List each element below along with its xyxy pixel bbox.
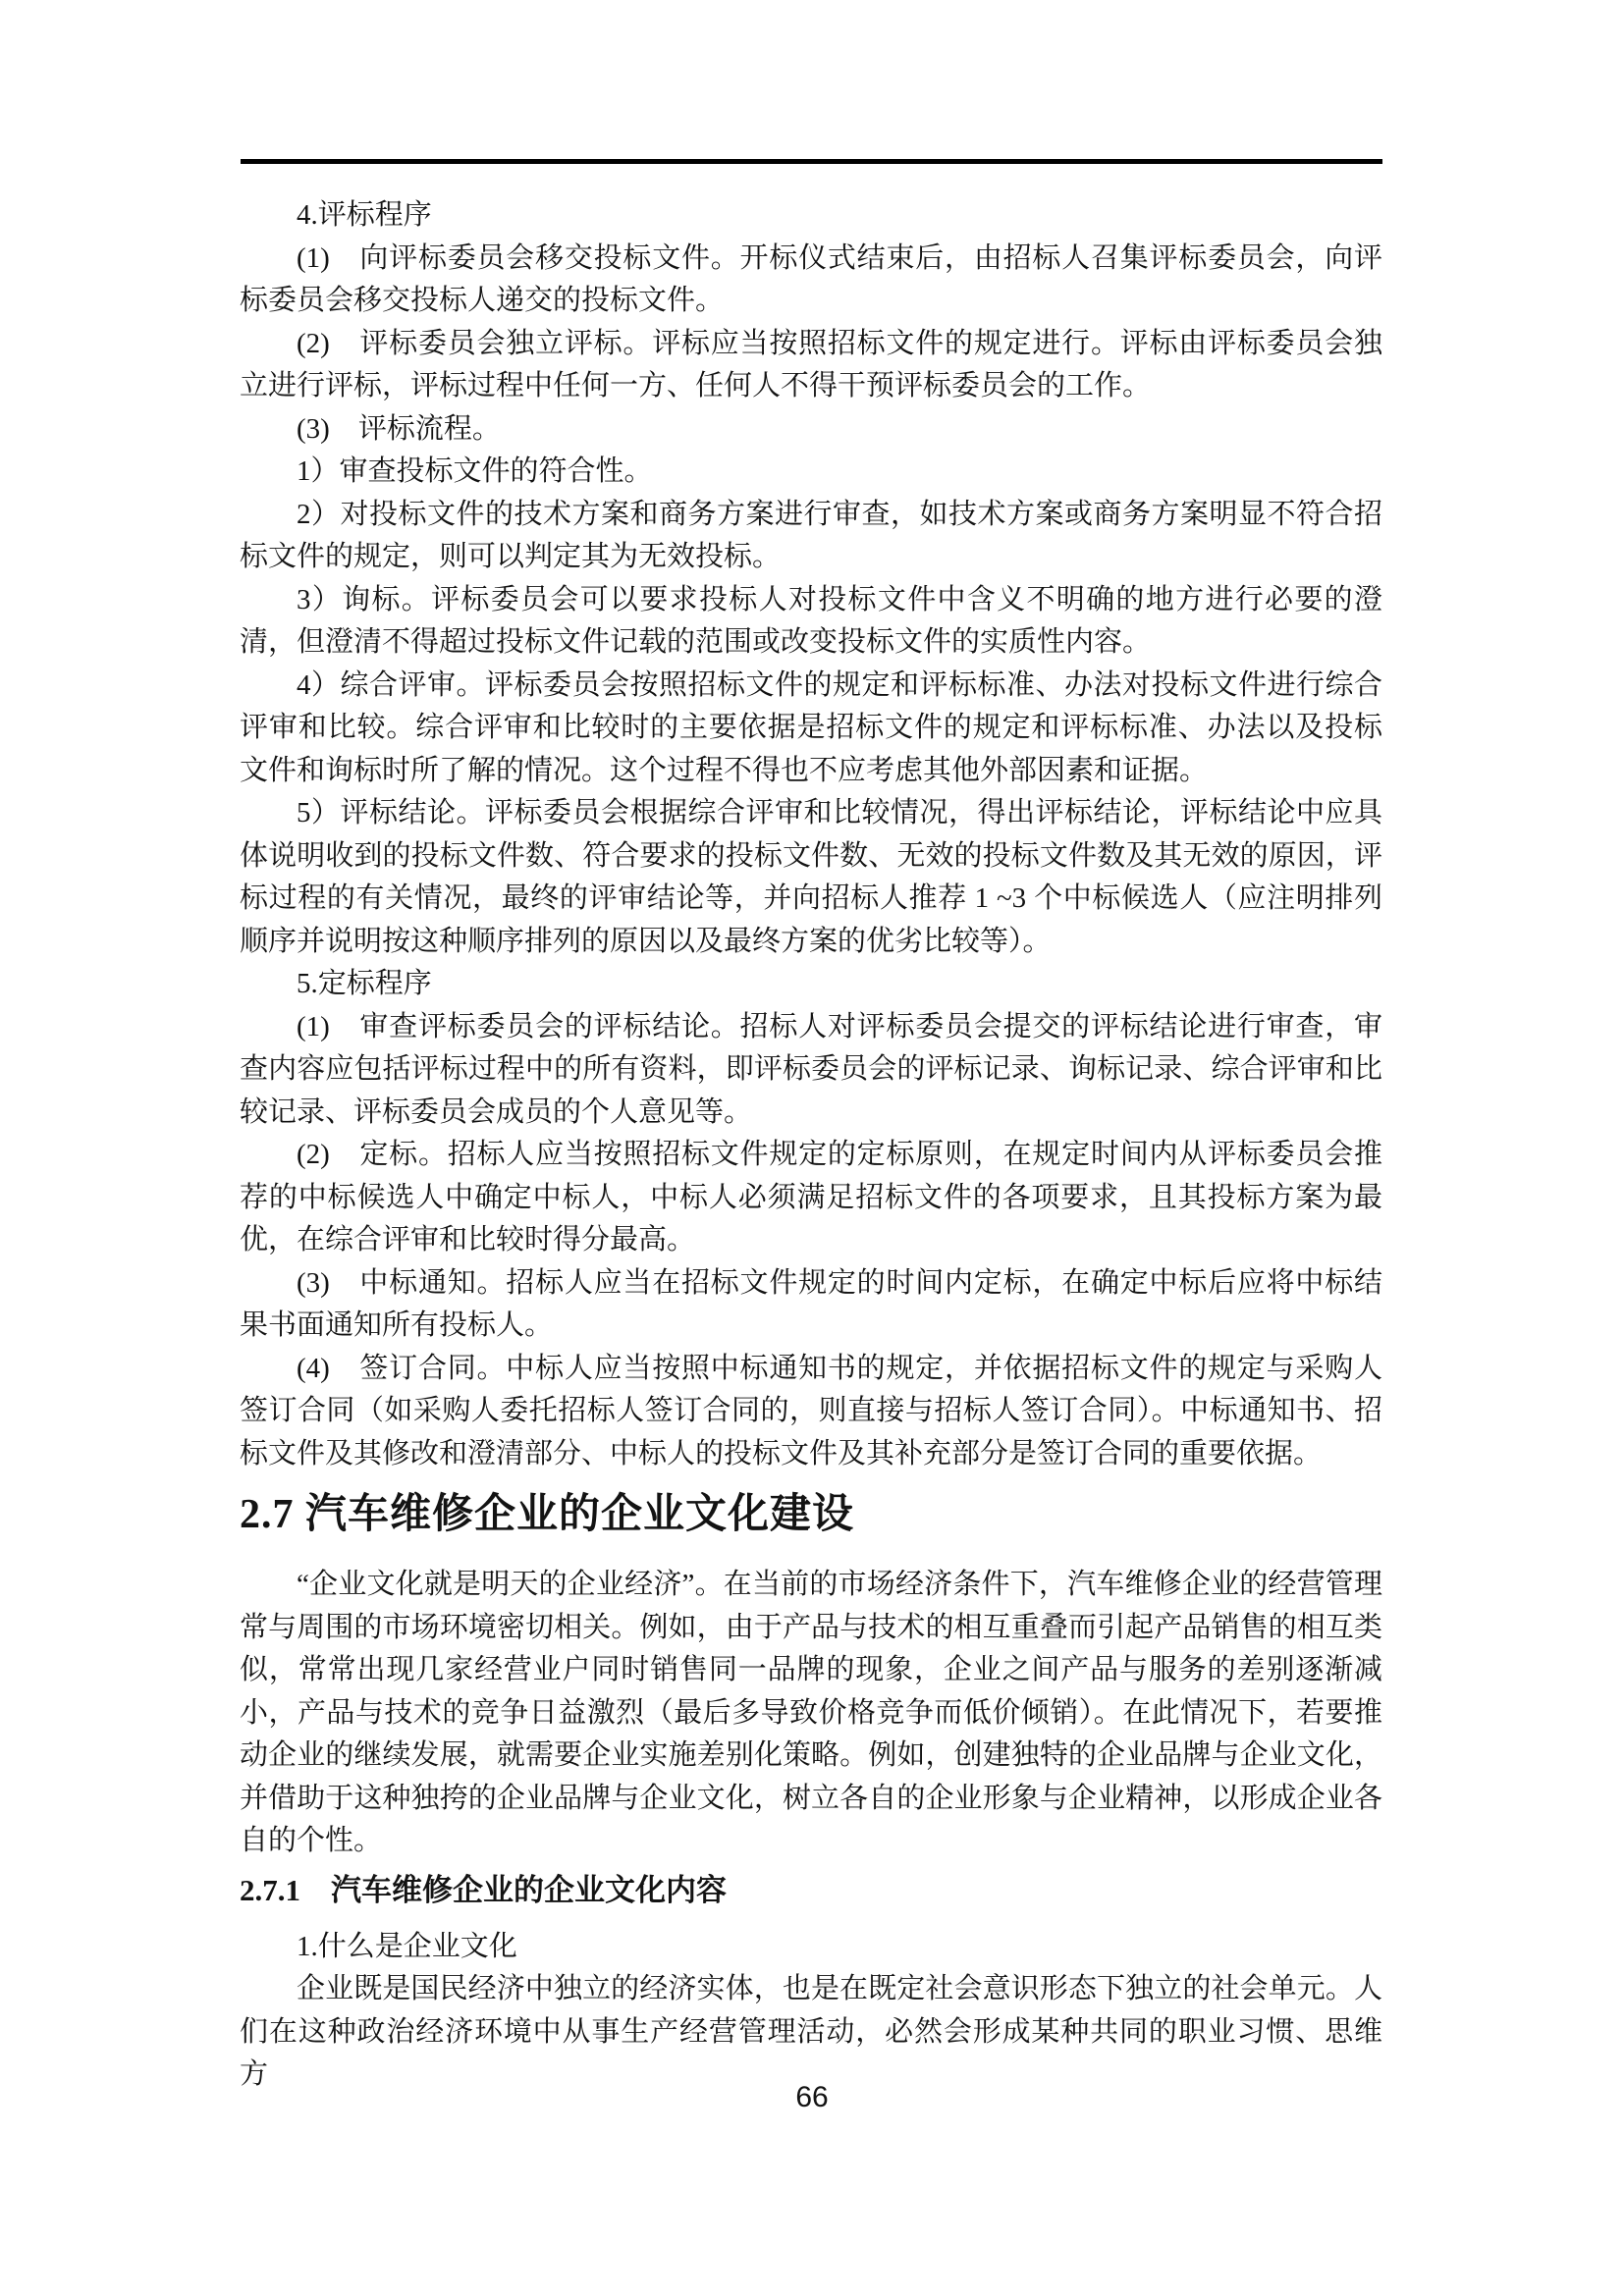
paragraph-numbered-heading: 1.什么是企业文化 [240, 1926, 1382, 1969]
paragraph: 5）评标结论。评标委员会根据综合评审和比较情况，得出评标结论，评标结论中应具体说… [240, 792, 1382, 963]
paragraph: (1) 向评标委员会移交投标文件。开标仪式结束后，由招标人召集评标委员会，向评标… [240, 238, 1382, 323]
paragraph: (1) 审查评标委员会的评标结论。招标人对评标委员会提交的评标结论进行审查，审查… [240, 1006, 1382, 1135]
page-footer: 66 [0, 2081, 1624, 2114]
paragraph: (2) 评标委员会独立评标。评标应当按照招标文件的规定进行。评标由评标委员会独立… [240, 323, 1382, 408]
page-number: 66 [795, 2081, 828, 2113]
paragraph-numbered-heading: 4.评标程序 [240, 194, 1382, 238]
paragraph: (2) 定标。招标人应当按照招标文件规定的定标原则，在规定时间内从评标委员会推荐… [240, 1134, 1382, 1262]
paragraph: (4) 签订合同。中标人应当按照中标通知书的规定，并依据招标文件的规定与采购人签… [240, 1348, 1382, 1476]
paragraph: 1）审查投标文件的符合性。 [240, 451, 1382, 494]
paragraph: 3）询标。评标委员会可以要求投标人对投标文件中含义不明确的地方进行必要的澄清，但… [240, 579, 1382, 665]
paragraph: 企业既是国民经济中独立的经济实体，也是在既定社会意识形态下独立的社会单元。人们在… [240, 1968, 1382, 2097]
section-heading: 2.7 汽车维修企业的企业文化建设 [240, 1489, 1382, 1540]
page-body: 4.评标程序 (1) 向评标委员会移交投标文件。开标仪式结束后，由招标人召集评标… [240, 194, 1382, 2097]
paragraph: 2）对投标文件的技术方案和商务方案进行审查，如技术方案或商务方案明显不符合招标文… [240, 494, 1382, 579]
paragraph: “企业文化就是明天的企业经济”。在当前的市场经济条件下，汽车维修企业的经营管理常… [240, 1564, 1382, 1863]
paragraph: 4）综合评审。评标委员会按照招标文件的规定和评标标准、办法对投标文件进行综合评审… [240, 665, 1382, 793]
paragraph-numbered-heading: 5.定标程序 [240, 963, 1382, 1006]
paragraph: (3) 中标通知。招标人应当在招标文件规定的时间内定标，在确定中标后应将中标结果… [240, 1262, 1382, 1348]
subsection-heading: 2.7.1 汽车维修企业的企业文化内容 [240, 1871, 1382, 1910]
document-page: 4.评标程序 (1) 向评标委员会移交投标文件。开标仪式结束后，由招标人召集评标… [0, 0, 1624, 2296]
header-rule [241, 159, 1382, 164]
paragraph: (3) 评标流程。 [240, 408, 1382, 452]
